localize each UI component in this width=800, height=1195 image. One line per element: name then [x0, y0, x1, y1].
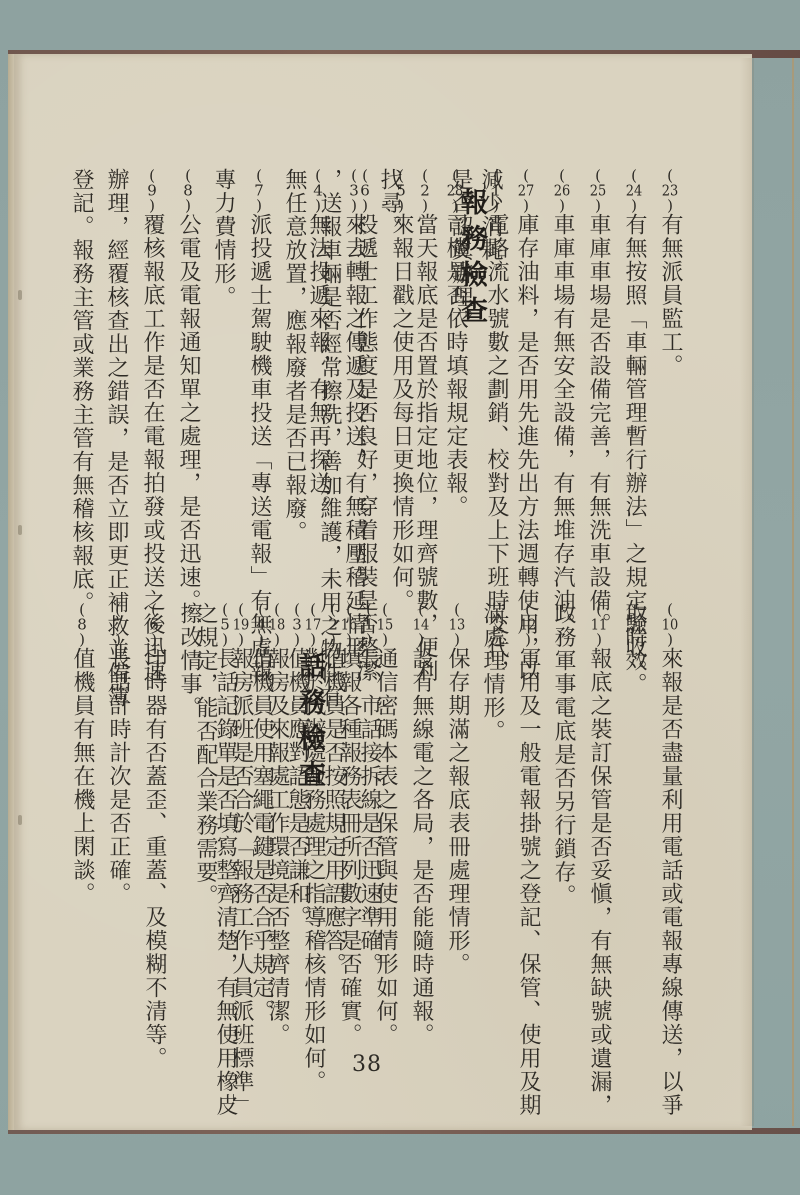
- telegraph-item-8: (8)公電及電報通知單之處理，是否迅速。: [170, 168, 206, 608]
- telegraph-item-12: (12)軍用及一般電報掛號之登記、保管、使用及期: [510, 602, 546, 1032]
- telephone-item-5: (5)長話記錄單是否填寫整齊清楚，有無使用橡皮: [207, 602, 243, 1032]
- telephone-item-5-cont: 擦改情事。: [172, 602, 207, 1032]
- telegraph-item-13: (13)保存期滿之報底表冊處理情形。: [439, 602, 475, 1032]
- telegraph-item-10-cont: 取時效。: [617, 602, 652, 1032]
- telegraph-item-14: (14)設有無線電之各局，是否能隨時通報。: [403, 602, 439, 1032]
- page-number: 38: [352, 1052, 382, 1077]
- telegraph-item-11-cont: 政務軍事電底是否另行鎖存。: [546, 602, 581, 1032]
- binding-hole-mark: [18, 525, 22, 535]
- item-23: (23)有無派員監工。: [652, 168, 688, 608]
- telephone-item-1: (1)長、市話接拆線是否迅速準確。: [351, 602, 387, 1032]
- telegraph-item-7-cont: 專力費情形。: [206, 168, 241, 608]
- telegraph-item-5: (5)來報日戳之使用及每日更換情形如何。: [383, 168, 419, 608]
- binding-hole-mark: [18, 290, 22, 300]
- telegraph-item-7: (7)派投遞士駕駛機車投送「專送電報」有無虛報: [241, 168, 277, 608]
- telegraph-item-6-cont2: 無任意放置，應報廢者是否已報廢。: [277, 168, 312, 608]
- item-24: (24)有無按照「車輛管理暫行辦法」之規定驗收。: [616, 168, 652, 608]
- telephone-item-3: (3)值機員應對語態是否謙和。: [279, 602, 315, 1032]
- telegraph-item-11: (11)報底之裝訂保管是否妥愼，有無缺號或遺漏，: [581, 602, 617, 1032]
- telephone-item-7: (7)長話計時計次是否正確。: [100, 602, 136, 1032]
- telephone-item-8: (8)值機員有無在機上閑談。: [64, 602, 100, 1032]
- telegraph-item-9-cont: 辦理，經覆核查出之錯誤，是否立即更正補救並備簿: [99, 168, 134, 608]
- telegraph-checklist-part2: (5)來報日戳之使用及每日更換情形如何。 (6)投遞士工作態度是否良好，穿着服裝…: [64, 168, 419, 608]
- telegraph-item-9-cont2: 登記。報務主管或業務主管有無稽核報底。: [64, 168, 99, 608]
- telephone-item-4: (4)值機員使用塞繩電鍵是否合乎規定。: [243, 602, 279, 1032]
- binding-hole-mark: [18, 815, 22, 825]
- telephone-item-2: (2)值機員是否按照規定用語應答。: [315, 602, 351, 1032]
- item-26: (26)車庫車場有無安全設備，有無堆存汽油。: [544, 168, 580, 608]
- telegraph-item-6-cont: ，送報車輛是否經常擦洗，善加維護，未用之物件有: [312, 168, 347, 608]
- item-25: (25)車庫車場是否設備完善，有無洗車設備。: [580, 168, 616, 608]
- telegraph-item-10: (10)來報是否盡量利用電話或電報專線傳送，以爭: [652, 602, 688, 1032]
- page-stack-edges: [752, 58, 794, 1126]
- telegraph-item-6: (6)投遞士工作態度是否良好，穿着服裝是否整潔: [347, 168, 383, 608]
- telegraph-item-12-cont: 滿處理情形。: [475, 602, 510, 1032]
- telegraph-item-1-cont: 是否認眞辦理。: [443, 168, 478, 608]
- telephone-item-6: (6)印時器有否蓋歪、重蓋、及模糊不清等。: [136, 602, 172, 1032]
- telephone-checklist: (1)長、市話接拆線是否迅速準確。 (2)值機員是否按照規定用語應答。 (3)值…: [64, 602, 387, 1032]
- telegraph-item-1: (1)電路流水號數之劃銷、校對及上下班時交代，: [478, 168, 514, 608]
- telegraph-item-9: (9)覆核報底工作是否在電報拍發或投送之後迅速: [134, 168, 170, 608]
